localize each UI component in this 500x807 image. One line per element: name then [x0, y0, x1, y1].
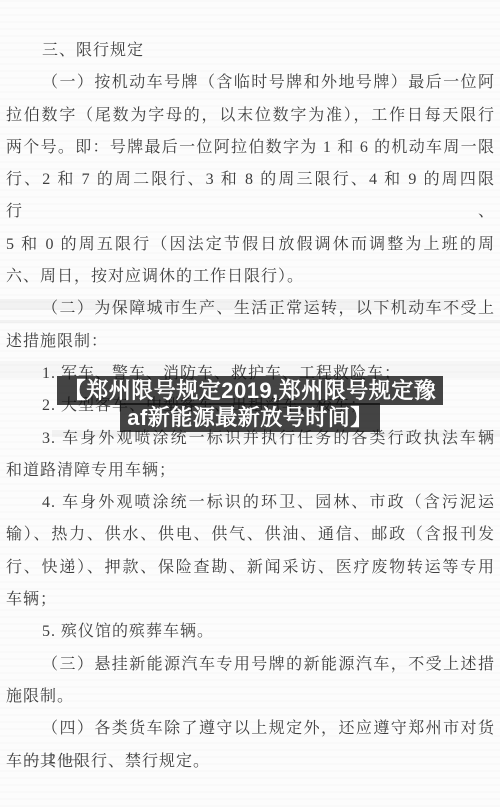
- doc-line: （一）按机动车号牌（含临时号牌和外地号牌）最后一位阿: [6, 67, 495, 99]
- doc-line: 5 和 0 的周五限行（因法定节假日放假调休而调整为上班的周: [6, 229, 495, 261]
- caption-overlay: 【郑州限号规定2019,郑州限号规定豫 af新能源最新放号时间】: [0, 377, 500, 431]
- caption-line-1: 【郑州限号规定2019,郑州限号规定豫: [57, 376, 444, 405]
- doc-line: 车辆；: [6, 584, 495, 616]
- doc-line: 两个号。即：号牌最后一位阿拉伯数字为 1 和 6 的机动车周一限: [6, 132, 495, 164]
- doc-line: （三）悬挂新能源汽车专用号牌的新能源汽车，不受上述措: [6, 649, 495, 681]
- doc-line: （四）各类货车除了遵守以上规定外，还应遵守郑州市对货: [6, 713, 495, 745]
- doc-line: 输）、热力、供水、供电、供气、供油、通信、邮政（含报刊发: [6, 519, 495, 551]
- page-number: — 2 —: [25, 752, 82, 768]
- doc-line: 4. 车身外观喷涂统一标识的环卫、园林、市政（含污泥运: [6, 487, 495, 519]
- doc-line: 拉伯数字（尾数为字母的，以末位数字为准），工作日每天限行: [6, 100, 495, 132]
- doc-line: 行、2 和 7 的周二限行、3 和 8 的周三限行、4 和 9 的周四限行、: [6, 164, 495, 229]
- doc-line: 行、快递）、押款、保险查勘、新闻采访、医疗废物转运等专用: [6, 552, 495, 584]
- doc-line: 5. 殡仪馆的殡葬车辆。: [6, 616, 495, 648]
- caption-line-2: af新能源最新放号时间】: [120, 403, 380, 432]
- doc-line: 施限制。: [6, 681, 495, 713]
- doc-line: （二）为保障城市生产、生活正常运转，以下机动车不受上: [6, 293, 495, 325]
- section-heading: 三、限行规定: [6, 35, 495, 67]
- doc-line: 述措施限制：: [6, 326, 495, 358]
- doc-line: 和道路清障专用车辆；: [6, 455, 495, 487]
- doc-line: 六、周日，按对应调休的工作日限行）。: [6, 261, 495, 293]
